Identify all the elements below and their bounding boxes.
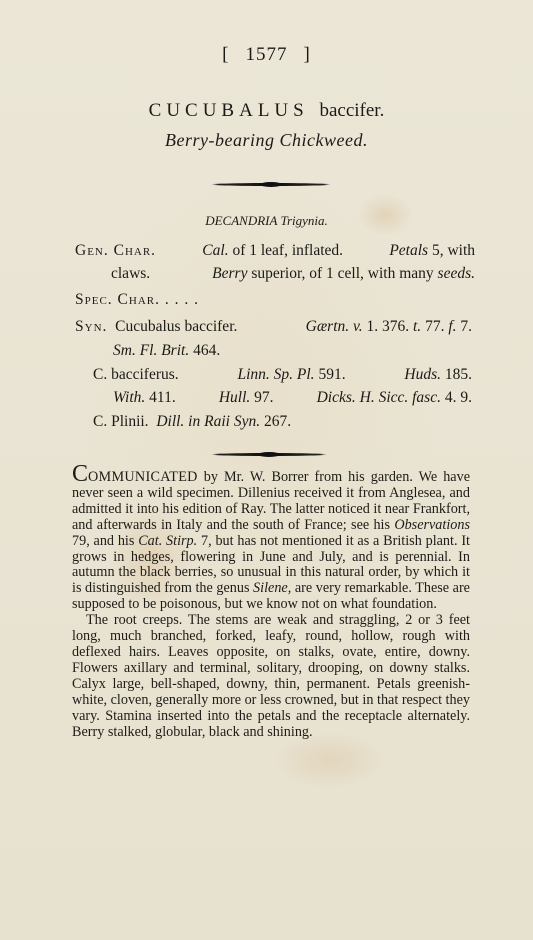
- ornamental-rule-top: [211, 183, 331, 186]
- genus-name: CUCUBALUS: [149, 100, 309, 121]
- gen-char-label: Gen. Char.: [75, 242, 156, 259]
- description-paragraph-1: COMMUNICATED by Mr. W. Borrer from his g…: [72, 469, 470, 613]
- common-name: Berry-bearing Chickweed.: [0, 130, 533, 151]
- linnaean-classification: DECANDRIA Trigynia.: [0, 213, 533, 229]
- page-number-value: 1577: [246, 44, 288, 65]
- book-page: [1577] CUCUBALUS baccifer. Berry-bearing…: [0, 0, 533, 940]
- drop-cap: C: [72, 461, 88, 487]
- synonym-line-5: C. Plinii. Dill. in Raii Syn. 267.: [93, 413, 533, 431]
- species-title: CUCUBALUS baccifer.: [0, 100, 533, 122]
- synonym-line-4: With. 411. Hull. 97. Dicks. H. Sicc. fas…: [113, 389, 472, 407]
- synonym-line-1: Syn. Cucubalus baccifer. Gærtn. v. 1. 37…: [75, 318, 472, 336]
- synonym-line-3: C. bacciferus. Linn. Sp. Pl. 591. Huds. …: [93, 366, 472, 384]
- generic-character-line-1: Gen. Char. Cal. of 1 leaf, inflated. Pet…: [75, 242, 475, 260]
- spec-char-label: Spec. Char. . . . .: [75, 291, 199, 308]
- species-epithet: baccifer.: [319, 100, 384, 121]
- specific-character: Spec. Char. . . . .: [75, 291, 533, 309]
- synonym-line-2: Sm. Fl. Brit. 464.: [113, 342, 533, 360]
- description-paragraph-2: The root creeps. The stems are weak and …: [72, 613, 470, 740]
- page-number: [1577]: [0, 44, 533, 66]
- description-text: COMMUNICATED by Mr. W. Borrer from his g…: [72, 469, 470, 740]
- syn-label: Syn.: [75, 318, 107, 335]
- ornamental-rule-middle: [211, 453, 327, 456]
- bracket-open: [: [222, 44, 229, 66]
- generic-character-line-2: claws. Berry superior, of 1 cell, with m…: [111, 265, 475, 283]
- bracket-close: ]: [304, 44, 311, 66]
